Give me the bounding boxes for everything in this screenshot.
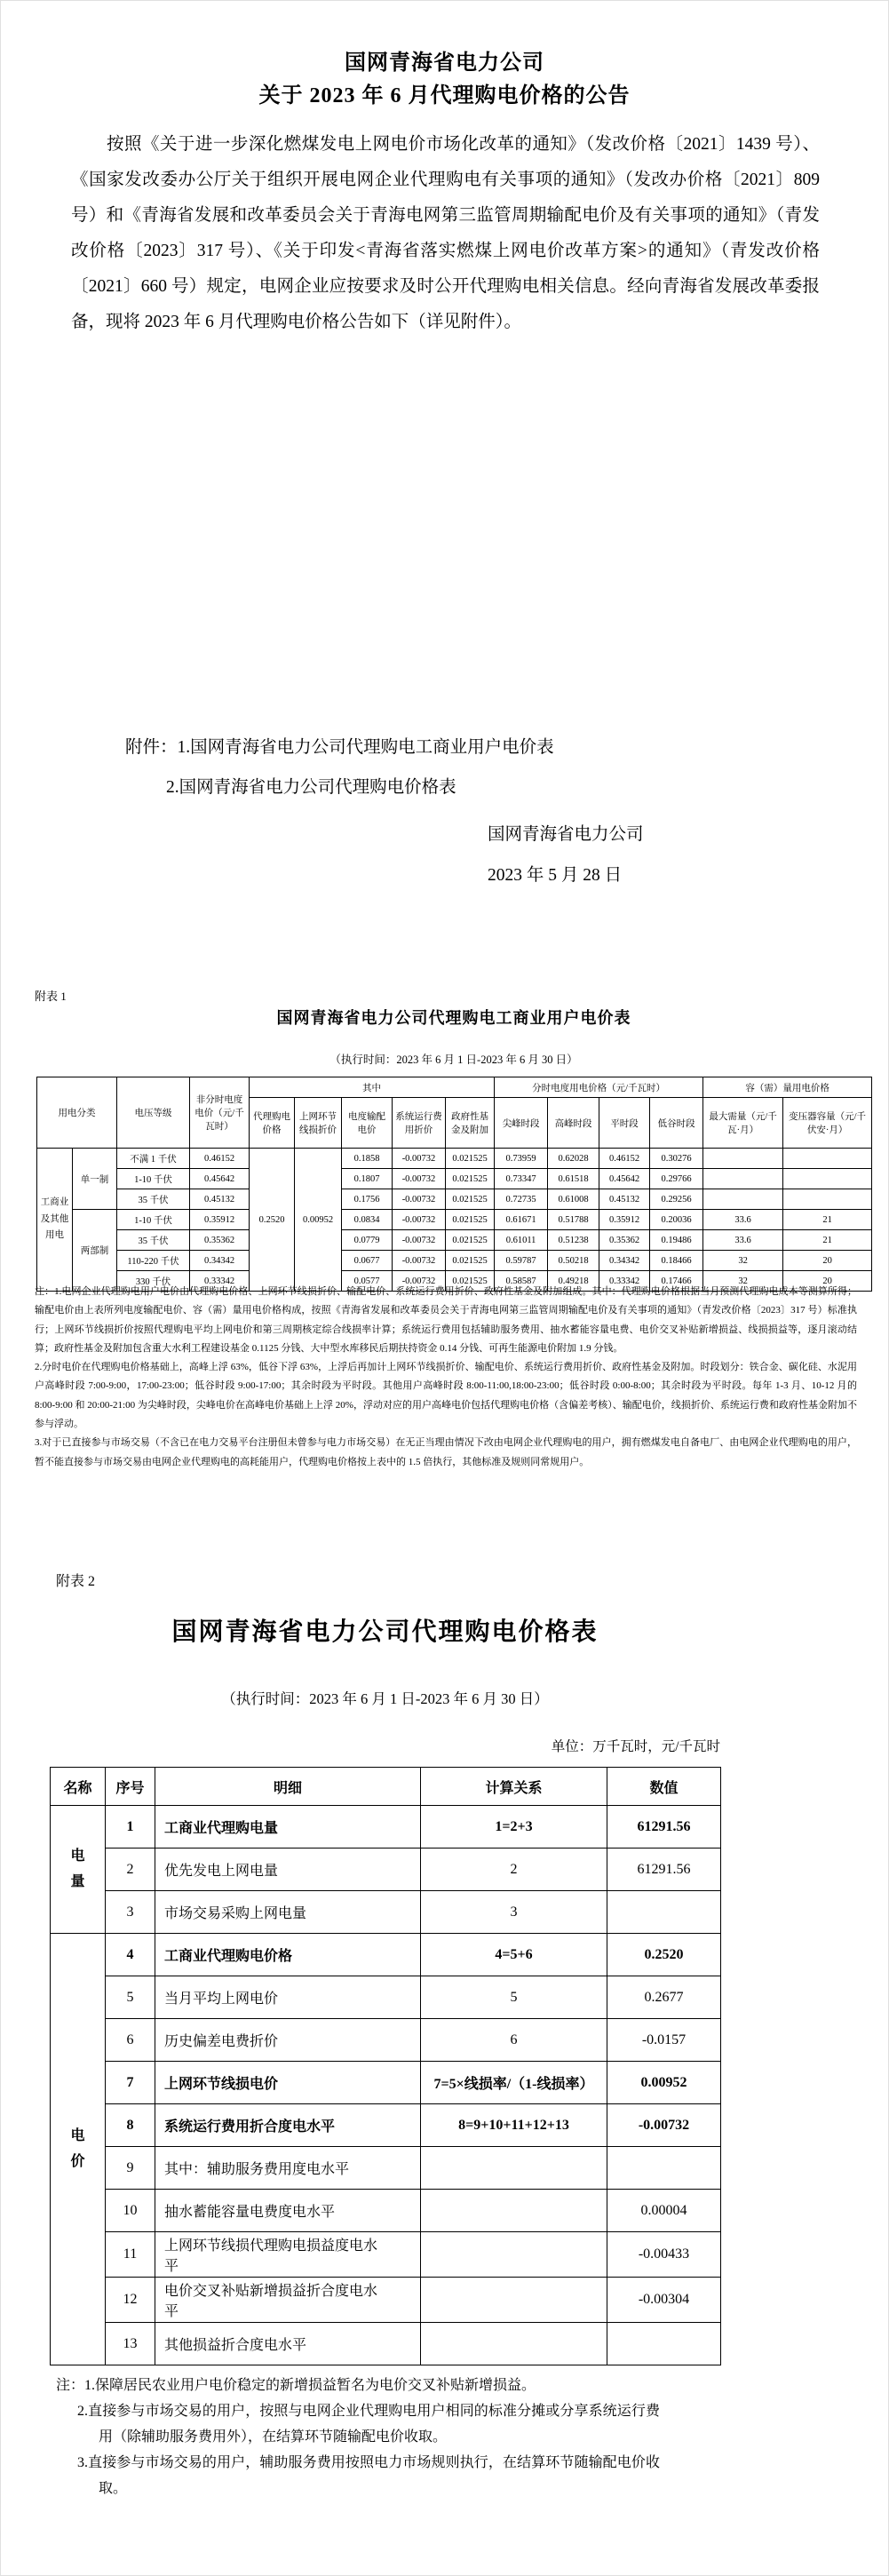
t1-cell: 0.20036 xyxy=(650,1210,703,1230)
table2-title: 国网青海省电力公司代理购电价格表 xyxy=(50,1612,720,1648)
t2-cell: 6 xyxy=(421,2019,607,2062)
t2-cell: 工商业代理购电量 xyxy=(155,1806,421,1849)
t1-cell: 0.51788 xyxy=(548,1210,599,1230)
table2-unit: 单位：万千瓦时，元/千瓦时 xyxy=(50,1736,720,1755)
attachments-list: 附件：1.国网青海省电力公司代理购电工商业用户电价表 2.国网青海省电力公司代理… xyxy=(125,727,554,807)
t1-cell: -0.00732 xyxy=(393,1230,446,1251)
t1-cell: 0.021525 xyxy=(446,1210,495,1230)
t2-cell: 上网环节线损代理购电损益度电水平 xyxy=(155,2232,421,2278)
t2-group-electric-quantity: 电量 xyxy=(51,1806,106,1934)
t1-cell: 0.29256 xyxy=(650,1189,703,1210)
t1-header-capacity-group: 容（需）量用电价格 xyxy=(703,1077,872,1098)
doc-title: 国网青海省电力公司 关于 2023 年 6 月代理购电价格的公告 xyxy=(1,47,888,113)
t1-cell: 1-10 千伏 xyxy=(117,1210,190,1230)
table-row: 两部制 1-10 千伏 0.35912 0.0834 -0.00732 0.02… xyxy=(37,1210,872,1230)
t2-cell: 其他损益折合度电水平 xyxy=(155,2323,421,2365)
table-row: 电价 4 工商业代理购电价格 4=5+6 0.2520 xyxy=(51,1934,721,1976)
t2-cell xyxy=(421,2232,607,2278)
table-row: 2 优先发电上网电量 2 61291.56 xyxy=(51,1849,721,1891)
t1-cell: 0.021525 xyxy=(446,1189,495,1210)
t2-cell: -0.00433 xyxy=(607,2232,721,2278)
table-row: 35 千伏 0.35362 0.0779 -0.00732 0.021525 0… xyxy=(37,1230,872,1251)
t2-cell xyxy=(607,1891,721,1934)
t1-cell: 0.46152 xyxy=(599,1149,650,1169)
table1-title: 国网青海省电力公司代理购电工商业用户电价表 xyxy=(36,1006,871,1029)
t1-header-peak: 高峰时段 xyxy=(548,1098,599,1149)
t1-header-user-class: 用电分类 xyxy=(37,1077,117,1149)
t2-header-detail: 明细 xyxy=(155,1768,421,1806)
t1-cell: -0.00732 xyxy=(393,1210,446,1230)
t1-cell: 1-10 千伏 xyxy=(117,1169,190,1189)
t1-cell: 0.51238 xyxy=(548,1230,599,1251)
table-row: 电量 1 工商业代理购电量 1=2+3 61291.56 xyxy=(51,1806,721,1849)
t2-cell xyxy=(421,2190,607,2232)
t2-cell: 8=9+10+11+12+13 xyxy=(421,2104,607,2147)
doc-title-line2: 关于 2023 年 6 月代理购电价格的公告 xyxy=(1,80,888,113)
t2-cell: 历史偏差电费折价 xyxy=(155,2019,421,2062)
t1-header-tou-group: 分时电度用电价格（元/千瓦时） xyxy=(495,1077,703,1098)
t1-cell: 20 xyxy=(783,1251,872,1271)
t1-cell: 0.61008 xyxy=(548,1189,599,1210)
t1-cell: 0.61011 xyxy=(495,1230,548,1251)
table-row: 10 抽水蓄能容量电费度电水平 0.00004 xyxy=(51,2190,721,2232)
t1-cell: 110-220 千伏 xyxy=(117,1251,190,1271)
commercial-user-price-table: 用电分类 电压等级 非分时电度电价（元/千瓦时） 其中 分时电度用电价格（元/千… xyxy=(36,1077,872,1292)
t1-cell: 0.45132 xyxy=(190,1189,250,1210)
t2-cell: 0.2520 xyxy=(607,1934,721,1976)
table-row: 8 系统运行费用折合度电水平 8=9+10+11+12+13 -0.00732 xyxy=(51,2104,721,2147)
t2-group-label: 电量 xyxy=(70,1844,86,1896)
t2-cell: 系统运行费用折合度电水平 xyxy=(155,2104,421,2147)
t1-cell: 0.59787 xyxy=(495,1251,548,1271)
table-row: 6 历史偏差电费折价 6 -0.0157 xyxy=(51,2019,721,2062)
table1-note-1: 注：1.电网企业代理购电用户电价由代理购电价格、上网环节线损折价、输配电价、系统… xyxy=(35,1283,857,1358)
t2-cell: 优先发电上网电量 xyxy=(155,1849,421,1891)
t1-cell xyxy=(783,1189,872,1210)
t2-header-name: 名称 xyxy=(51,1768,106,1806)
t1-cell: 0.021525 xyxy=(446,1149,495,1169)
table-row: 35 千伏 0.45132 0.1756 -0.00732 0.021525 0… xyxy=(37,1189,872,1210)
t1-cell: -0.00732 xyxy=(393,1251,446,1271)
t1-cell: 35 千伏 xyxy=(117,1230,190,1251)
t2-cell: 12 xyxy=(106,2278,155,2323)
t1-cell: 21 xyxy=(783,1210,872,1230)
t1-cell: 0.0779 xyxy=(342,1230,393,1251)
t2-cell xyxy=(421,2323,607,2365)
t1-cell xyxy=(703,1169,783,1189)
t1-cell: 0.45132 xyxy=(599,1189,650,1210)
t2-cell: 0.00004 xyxy=(607,2190,721,2232)
t2-cell: 13 xyxy=(106,2323,155,2365)
table-row: 用电分类 电压等级 非分时电度电价（元/千瓦时） 其中 分时电度用电价格（元/千… xyxy=(37,1077,872,1098)
t1-cell: 0.30276 xyxy=(650,1149,703,1169)
table-row: 5 当月平均上网电价 5 0.2677 xyxy=(51,1976,721,2019)
t2-cell: 61291.56 xyxy=(607,1806,721,1849)
t2-cell: 11 xyxy=(106,2232,155,2278)
t2-cell xyxy=(607,2323,721,2365)
t1-cell: 0.34342 xyxy=(190,1251,250,1271)
t1-category-cell: 工商业及其他用电 xyxy=(37,1149,73,1292)
t1-header-voltage: 电压等级 xyxy=(117,1077,190,1149)
t1-cell: 0.1807 xyxy=(342,1169,393,1189)
t2-cell: 1=2+3 xyxy=(421,1806,607,1849)
t2-cell: 0.00952 xyxy=(607,2062,721,2104)
t1-cell: 32 xyxy=(703,1251,783,1271)
t2-cell: 6 xyxy=(106,2019,155,2062)
t1-cell: 0.0834 xyxy=(342,1210,393,1230)
t1-subgroup-two-part: 两部制 xyxy=(73,1210,117,1292)
t2-cell: -0.00304 xyxy=(607,2278,721,2323)
t1-cell: -0.00732 xyxy=(393,1169,446,1189)
t2-cell: 10 xyxy=(106,2190,155,2232)
t1-header-transmission: 电度输配电价 xyxy=(342,1098,393,1149)
t1-header-flat: 平时段 xyxy=(599,1098,650,1149)
t2-cell: 4=5+6 xyxy=(421,1934,607,1976)
t2-cell: 3 xyxy=(421,1891,607,1934)
table2-note-3: 3.直接参与市场交易的用户，辅助服务费用按照电力市场规则执行，在结算环节随输配电… xyxy=(56,2450,660,2501)
t1-header-non-tou: 非分时电度电价（元/千瓦时） xyxy=(190,1077,250,1149)
table1-period: （执行时间：2023 年 6 月 1 日-2023 年 6 月 30 日） xyxy=(36,1051,871,1067)
t2-cell: 1 xyxy=(106,1806,155,1849)
t1-cell: 0.35912 xyxy=(599,1210,650,1230)
t1-cell: 0.35362 xyxy=(599,1230,650,1251)
t2-cell: 7 xyxy=(106,2062,155,2104)
t1-cell: 0.35362 xyxy=(190,1230,250,1251)
t2-cell: 抽水蓄能容量电费度电水平 xyxy=(155,2190,421,2232)
t1-cell: 21 xyxy=(783,1230,872,1251)
t2-header-relation: 计算关系 xyxy=(421,1768,607,1806)
signature-block: 国网青海省电力公司 2023 年 5 月 28 日 xyxy=(488,815,644,896)
t1-header-among: 其中 xyxy=(250,1077,495,1098)
t1-header-agency-price: 代理购电价格 xyxy=(250,1098,295,1149)
table2-label: 附表 2 xyxy=(56,1570,95,1590)
t2-cell: 电价交叉补贴新增损益折合度电水平 xyxy=(155,2278,421,2323)
t1-cell: 0.021525 xyxy=(446,1251,495,1271)
t2-cell: 2 xyxy=(106,1849,155,1891)
agency-purchase-price-table: 名称 序号 明细 计算关系 数值 电量 1 工商业代理购电量 1=2+3 612… xyxy=(50,1767,721,2365)
t1-cell: 0.021525 xyxy=(446,1169,495,1189)
t2-cell: 其中：辅助服务费用度电水平 xyxy=(155,2147,421,2190)
t2-cell: -0.00732 xyxy=(607,2104,721,2147)
table-row: 名称 序号 明细 计算关系 数值 xyxy=(51,1768,721,1806)
t1-cell: 0.61671 xyxy=(495,1210,548,1230)
t2-cell: 8 xyxy=(106,2104,155,2147)
t1-cell: 0.73347 xyxy=(495,1169,548,1189)
t2-cell xyxy=(607,2147,721,2190)
t1-header-transformer: 变压器容量（元/千伏安·月） xyxy=(783,1098,872,1149)
t1-subgroup-single: 单一制 xyxy=(73,1149,117,1210)
t1-header-gov-fund: 政府性基金及附加 xyxy=(446,1098,495,1149)
table-row: 7 上网环节线损电价 7=5×线损率/（1-线损率） 0.00952 xyxy=(51,2062,721,2104)
table-row: 1-10 千伏 0.45642 0.1807 -0.00732 0.021525… xyxy=(37,1169,872,1189)
t2-cell xyxy=(421,2278,607,2323)
t1-cell: 0.0677 xyxy=(342,1251,393,1271)
signer-name: 国网青海省电力公司 xyxy=(488,815,644,855)
t1-header-sys-run: 系统运行费用折价 xyxy=(393,1098,446,1149)
t1-cell: -0.00732 xyxy=(393,1149,446,1169)
table2-note-2: 2.直接参与市场交易的用户，按照与电网企业代理购电用户相同的标准分摊或分享系统运… xyxy=(56,2398,660,2450)
t2-cell: 5 xyxy=(106,1976,155,2019)
t1-agency-price-cell: 0.2520 xyxy=(250,1149,295,1292)
doc-title-line1: 国网青海省电力公司 xyxy=(1,47,888,80)
table-row: 12 电价交叉补贴新增损益折合度电水平 -0.00304 xyxy=(51,2278,721,2323)
t1-cell: 0.72735 xyxy=(495,1189,548,1210)
table-row: 13 其他损益折合度电水平 xyxy=(51,2323,721,2365)
t2-cell: 61291.56 xyxy=(607,1849,721,1891)
t1-header-max-demand: 最大需量（元/千瓦·月） xyxy=(703,1098,783,1149)
t2-cell: 2 xyxy=(421,1849,607,1891)
t1-cell: 0.1756 xyxy=(342,1189,393,1210)
t2-cell: 上网环节线损电价 xyxy=(155,2062,421,2104)
table-row: 3 市场交易采购上网电量 3 xyxy=(51,1891,721,1934)
t2-header-no: 序号 xyxy=(106,1768,155,1806)
t2-cell xyxy=(421,2147,607,2190)
t1-cell: 0.73959 xyxy=(495,1149,548,1169)
t1-cell: 33.6 xyxy=(703,1210,783,1230)
t1-cell xyxy=(783,1149,872,1169)
t1-cell: 0.50218 xyxy=(548,1251,599,1271)
sign-date: 2023 年 5 月 28 日 xyxy=(488,855,644,896)
t1-cell xyxy=(703,1189,783,1210)
t1-cell: 0.46152 xyxy=(190,1149,250,1169)
t2-cell: 市场交易采购上网电量 xyxy=(155,1891,421,1934)
t1-header-sharp: 尖峰时段 xyxy=(495,1098,548,1149)
table2-period: （执行时间：2023 年 6 月 1 日-2023 年 6 月 30 日） xyxy=(50,1687,720,1708)
t1-cell: 0.62028 xyxy=(548,1149,599,1169)
table1-note-3: 3.对于已直接参与市场交易（不含已在电力交易平台注册但未曾参与电力市场交易）在无… xyxy=(35,1434,857,1472)
t1-cell: 0.19486 xyxy=(650,1230,703,1251)
t1-cell xyxy=(703,1149,783,1169)
t1-header-valley: 低谷时段 xyxy=(650,1098,703,1149)
table1-notes: 注：1.电网企业代理购电用户电价由代理购电价格、上网环节线损折价、输配电价、系统… xyxy=(35,1283,857,1472)
t1-cell: 0.29766 xyxy=(650,1169,703,1189)
attachment-item-2: 2.国网青海省电力公司代理购电价格表 xyxy=(125,767,554,807)
table2-notes: 注：1.保障居民农业用户电价稳定的新增损益暂名为电价交叉补贴新增损益。 2.直接… xyxy=(56,2373,660,2501)
t1-cell: 不满 1 千伏 xyxy=(117,1149,190,1169)
table-row: 11 上网环节线损代理购电损益度电水平 -0.00433 xyxy=(51,2232,721,2278)
t1-line-loss-cell: 0.00952 xyxy=(295,1149,342,1292)
t1-header-line-loss: 上网环节线损折价 xyxy=(295,1098,342,1149)
t1-cell: 0.45642 xyxy=(190,1169,250,1189)
t2-group-electric-price: 电价 xyxy=(51,1934,106,2365)
t1-cell: 0.18466 xyxy=(650,1251,703,1271)
t2-group-label: 电价 xyxy=(70,2124,86,2175)
t1-cell: -0.00732 xyxy=(393,1189,446,1210)
table-row: 9 其中：辅助服务费用度电水平 xyxy=(51,2147,721,2190)
t1-cell: 0.021525 xyxy=(446,1230,495,1251)
table2-note-1: 注：1.保障居民农业用户电价稳定的新增损益暂名为电价交叉补贴新增损益。 xyxy=(56,2373,660,2398)
t1-cell: 0.35912 xyxy=(190,1210,250,1230)
table1-note-2: 2.分时电价在代理购电价格基础上，高峰上浮 63%，低谷下浮 63%，上浮后再加… xyxy=(35,1358,857,1434)
t2-header-value: 数值 xyxy=(607,1768,721,1806)
t2-cell: 工商业代理购电价格 xyxy=(155,1934,421,1976)
t1-category-label: 工商业及其他用电 xyxy=(40,1195,69,1244)
t2-cell: -0.0157 xyxy=(607,2019,721,2062)
t2-cell: 7=5×线损率/（1-线损率） xyxy=(421,2062,607,2104)
t2-cell: 当月平均上网电价 xyxy=(155,1976,421,2019)
table1-label: 附表 1 xyxy=(35,987,67,1004)
t1-cell: 0.1858 xyxy=(342,1149,393,1169)
t2-cell: 3 xyxy=(106,1891,155,1934)
doc-body-paragraph: 按照《关于进一步深化燃煤发电上网电价市场化改革的通知》（发改价格〔2021〕14… xyxy=(71,127,820,340)
t1-cell: 0.45642 xyxy=(599,1169,650,1189)
t1-cell xyxy=(783,1169,872,1189)
table-row: 110-220 千伏 0.34342 0.0677 -0.00732 0.021… xyxy=(37,1251,872,1271)
t1-cell: 0.34342 xyxy=(599,1251,650,1271)
t1-cell: 0.61518 xyxy=(548,1169,599,1189)
t2-cell: 5 xyxy=(421,1976,607,2019)
document-page: 国网青海省电力公司 关于 2023 年 6 月代理购电价格的公告 按照《关于进一… xyxy=(0,0,889,2576)
attachment-item-1: 附件：1.国网青海省电力公司代理购电工商业用户电价表 xyxy=(125,727,554,767)
t2-cell: 0.2677 xyxy=(607,1976,721,2019)
t2-cell: 9 xyxy=(106,2147,155,2190)
t1-cell: 35 千伏 xyxy=(117,1189,190,1210)
table-row: 工商业及其他用电 单一制 不满 1 千伏 0.46152 0.2520 0.00… xyxy=(37,1149,872,1169)
t2-cell: 4 xyxy=(106,1934,155,1976)
t1-cell: 33.6 xyxy=(703,1230,783,1251)
